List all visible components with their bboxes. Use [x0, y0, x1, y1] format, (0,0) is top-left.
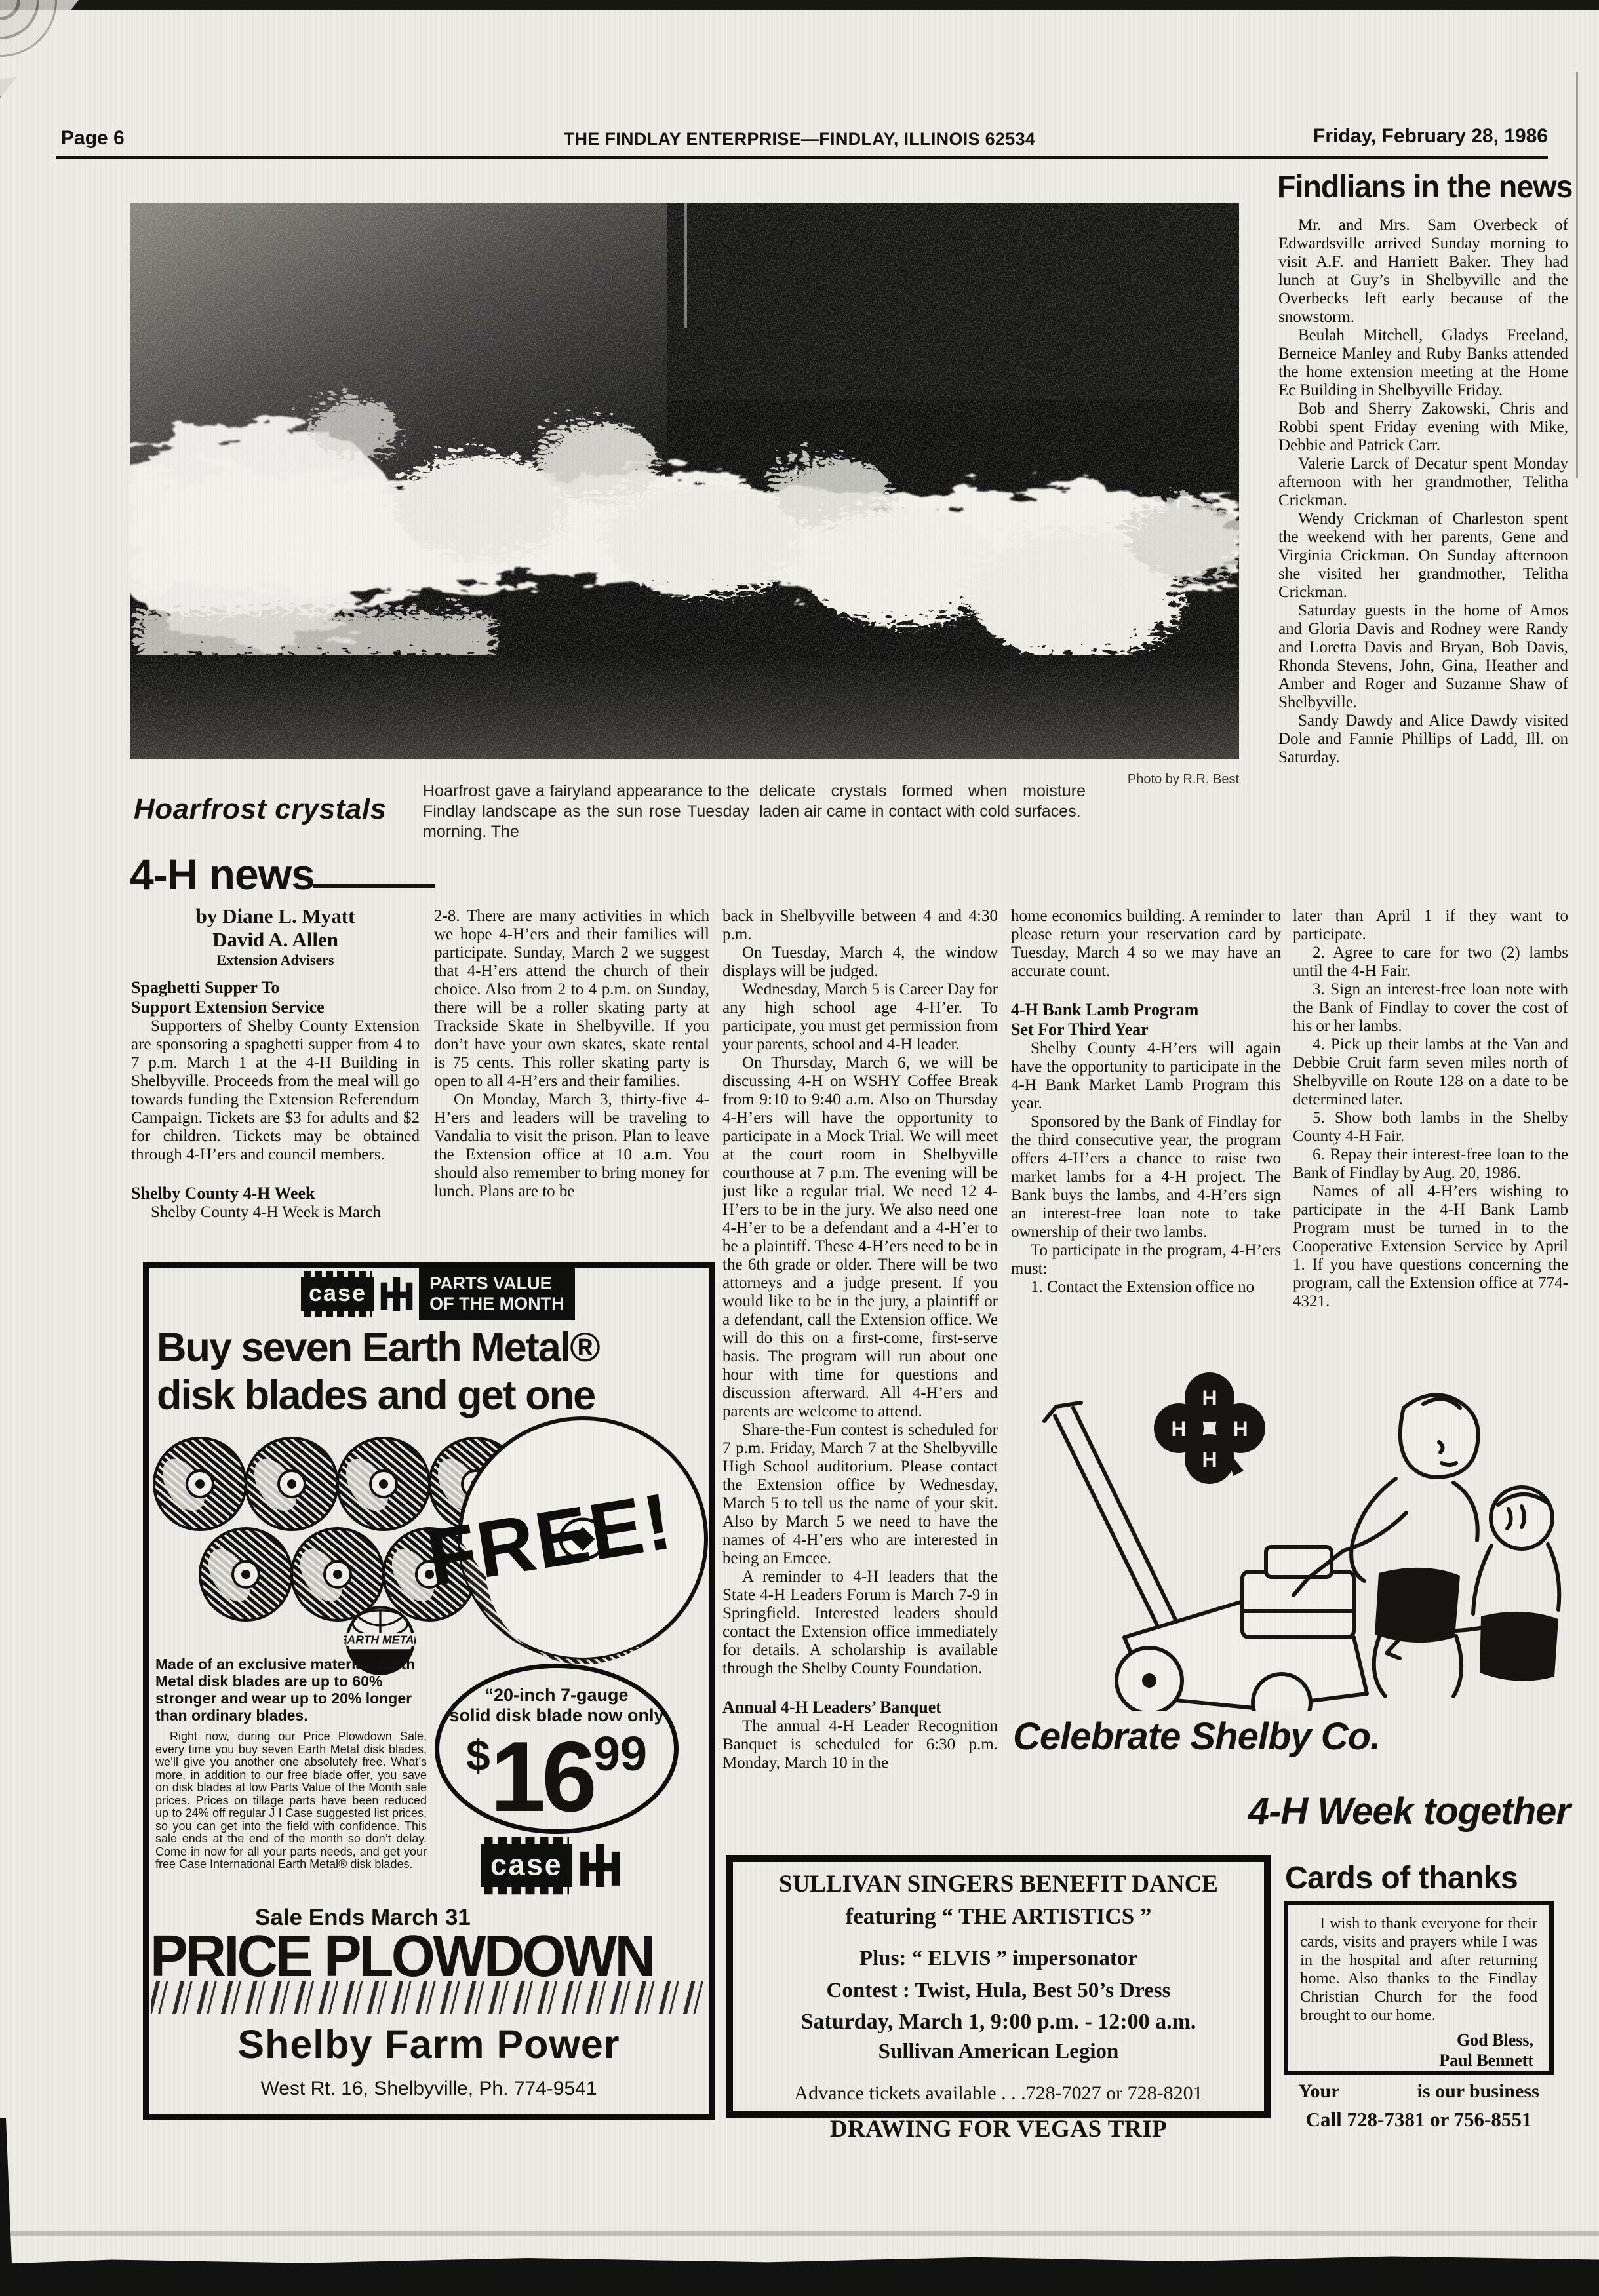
- fourh-column-5-text: later than April 1 if they want to parti…: [1293, 907, 1568, 1311]
- photo-caption-title: Hoarfrost crystals: [134, 793, 387, 826]
- case-ih-logo: case PARTS VALUE OF THE MONTH: [301, 1269, 575, 1319]
- ad-body-paragraph: Right now, during our Price Plowdown Sal…: [155, 1730, 427, 1871]
- ih-mark-icon-bottom: [579, 1844, 622, 1887]
- badge-line-1: PARTS VALUE: [429, 1274, 564, 1294]
- cards-body: I wish to thank everyone for their cards…: [1300, 1915, 1537, 2025]
- paragraph: later than April 1 if they want to parti…: [1293, 907, 1568, 944]
- cards-sign-blessing: God Bless,: [1300, 2030, 1533, 2050]
- tagline-phones: Call 728-7381 or 756-8551: [1284, 2108, 1554, 2131]
- cards-signoff: God Bless, Paul Bennett: [1300, 2030, 1537, 2071]
- paragraph: A reminder to 4-H leaders that the State…: [722, 1568, 998, 1678]
- sullivan-datetime: Saturday, March 1, 9:00 p.m. - 12:00 a.m…: [733, 2010, 1264, 2034]
- paragraph: Shelby County 4-H’ers will again have th…: [1011, 1040, 1281, 1113]
- paragraph: 4. Pick up their lambs at the Van and De…: [1293, 1036, 1568, 1109]
- paragraph: On Thursday, March 6, we will be discuss…: [722, 1054, 998, 1421]
- byline-author-2: David A. Allen: [131, 928, 420, 952]
- paragraph: 2-8. There are many activities in which …: [434, 907, 709, 1091]
- paragraph: back in Shelbyville between 4 and 4:30 p…: [722, 907, 998, 944]
- ad-headline: Buy seven Earth Metal® disk blades and g…: [157, 1324, 705, 1420]
- dealer-address: West Rt. 16, Shelbyville, Ph. 774-9541: [149, 2078, 709, 2100]
- sullivan-tickets: Advance tickets available . . .728-7027 …: [733, 2082, 1264, 2105]
- paragraph: Share-the-Fun contest is scheduled for 7…: [722, 1421, 998, 1568]
- price-cents: 99: [593, 1730, 647, 1778]
- price-intro-1: “20-inch 7-gauge: [439, 1685, 674, 1705]
- svg-text:H: H: [1233, 1417, 1248, 1441]
- earth-metal-logo-text: EARTH METAL: [344, 1633, 416, 1646]
- paragraph: Wednesday, March 5 is Career Day for any…: [722, 981, 998, 1054]
- paragraph: 4-H Bank Lamb Program: [1011, 1000, 1281, 1020]
- price-plowdown-title: PRICE PLOWDOWN: [150, 1927, 685, 1986]
- sullivan-contest: Contest : Twist, Hula, Best 50’s Dress: [733, 1979, 1264, 2003]
- paragraph: On Tuesday, March 4, the window displays…: [722, 944, 998, 981]
- photo-caption-col1: Hoarfrost gave a fairyland appearance to…: [423, 781, 749, 842]
- disk-blades-illustration: FREE!: [149, 1414, 709, 1664]
- fourh-mower-illustration: HH HH: [1013, 1344, 1577, 1711]
- findlians-headline: Findlians in the news: [1277, 169, 1572, 205]
- photo-caption-col2: delicate crystals formed when moisture l…: [759, 781, 1086, 822]
- byline: by Diane L. Myatt David A. Allen Extensi…: [131, 905, 420, 969]
- paragraph: Supporters of Shelby County Extension ar…: [131, 1017, 420, 1164]
- svg-text:H: H: [1171, 1417, 1186, 1441]
- sullivan-elvis: Plus: “ ELVIS ” impersonator: [733, 1947, 1264, 1971]
- paragraph: Valerie Larck of Decatur spent Monday af…: [1278, 455, 1568, 510]
- scan-bottom-streak: [0, 2231, 1599, 2236]
- paragraph: 1. Contact the Extension office no: [1011, 1278, 1281, 1296]
- byline-role: Extension Advisers: [131, 952, 420, 969]
- badge-line-2: OF THE MONTH: [429, 1294, 564, 1314]
- case-logo-text: case: [309, 1279, 366, 1306]
- cards-of-thanks-headline: Cards of thanks: [1285, 1860, 1518, 1896]
- paragraph: home economics building. A reminder to p…: [1011, 907, 1281, 981]
- paragraph: 5. Show both lambs in the Shelby County …: [1293, 1109, 1568, 1146]
- scan-top-edge: [0, 0, 1599, 10]
- cards-of-thanks-box: I wish to thank everyone for their cards…: [1284, 1901, 1554, 2075]
- mower-illustration-art: HH HH: [1013, 1344, 1577, 1711]
- paragraph: The annual 4-H Leader Recognition Banque…: [722, 1717, 998, 1772]
- findlians-body: Mr. and Mrs. Sam Overbeck of Edwardsvill…: [1278, 216, 1568, 767]
- case-ih-logo-bottom: case: [481, 1844, 622, 1887]
- paragraph: Spaghetti Supper To: [131, 978, 420, 998]
- sullivan-drawing: DRAWING FOR VEGAS TRIP: [733, 2115, 1264, 2143]
- sullivan-title: SULLIVAN SINGERS BENEFIT DANCE: [733, 1870, 1264, 1898]
- price-bubble: “20-inch 7-gauge solid disk blade now on…: [435, 1664, 679, 1834]
- header-rule: [56, 156, 1548, 159]
- paragraph: Wendy Crickman of Charleston spent the w…: [1278, 510, 1568, 602]
- paragraph: Bob and Sherry Zakowski, Chris and Robbi…: [1278, 400, 1568, 455]
- paragraph: Beulah Mitchell, Gladys Freeland, Bernei…: [1278, 326, 1568, 400]
- dealer-name: Shelby Farm Power: [149, 2021, 709, 2067]
- celebrate-line-1: Celebrate Shelby Co.: [1013, 1715, 1524, 1759]
- fourh-column-2-text: 2-8. There are many activities in which …: [434, 907, 709, 1201]
- paragraph: 6. Repay their interest-free loan to the…: [1293, 1146, 1568, 1182]
- hoarfrost-photo: [130, 203, 1239, 759]
- scan-page-curl: [0, 0, 79, 98]
- ih-mark-icon: [380, 1277, 414, 1311]
- svg-text:H: H: [1202, 1448, 1217, 1471]
- sullivan-dance-ad: SULLIVAN SINGERS BENEFIT DANCE featuring…: [726, 1855, 1271, 2118]
- price-dollars: 16: [490, 1727, 593, 1827]
- price-value: $ 16 99: [439, 1727, 674, 1827]
- fourh-column-3-text: back in Shelbyville between 4 and 4:30 p…: [722, 907, 998, 1772]
- paragraph: On Monday, March 3, thirty-five 4-H’ers …: [434, 1091, 709, 1201]
- paragraph: 3. Sign an interest-free loan note with …: [1293, 981, 1568, 1036]
- sullivan-featuring: featuring “ THE ARTISTICS ”: [733, 1903, 1264, 1930]
- fourh-column-1: by Diane L. Myatt David A. Allen Extensi…: [131, 905, 420, 1222]
- svg-text:H: H: [1202, 1386, 1217, 1410]
- celebrate-line-2: 4-H Week together: [1013, 1789, 1570, 1833]
- cards-sign-name: Paul Bennett: [1300, 2050, 1533, 2071]
- business-tagline: Your is our business Call 728-7381 or 75…: [1284, 2080, 1554, 2131]
- case-logo-text-bottom: case: [490, 1848, 563, 1881]
- paragraph: Names of all 4-H’ers wishing to particip…: [1293, 1182, 1568, 1311]
- byline-author-1: by Diane L. Myatt: [131, 905, 420, 928]
- paragraph: Shelby County 4-H Week is March: [131, 1203, 420, 1222]
- paragraph: Mr. and Mrs. Sam Overbeck of Edwardsvill…: [1278, 216, 1568, 326]
- scan-bottom-edge: [0, 2255, 1599, 2296]
- tagline-right: is our business: [1417, 2080, 1539, 2103]
- issue-date: Friday, February 28, 1986: [1313, 125, 1548, 147]
- price-dollar-sign: $: [466, 1734, 490, 1777]
- paragraph: 2. Agree to care for two (2) lambs until…: [1293, 944, 1568, 981]
- paragraph: Shelby County 4-H Week: [131, 1184, 420, 1203]
- ad-headline-line-1: Buy seven Earth Metal®: [157, 1324, 705, 1372]
- ad-headline-line-2: disk blades and get one: [157, 1372, 705, 1420]
- fourh-column-1-text: Spaghetti Supper ToSupport Extension Ser…: [131, 978, 420, 1222]
- sullivan-venue: Sullivan American Legion: [733, 2040, 1264, 2064]
- parts-value-badge: PARTS VALUE OF THE MONTH: [419, 1268, 574, 1320]
- paragraph: Set For Third Year: [1011, 1020, 1281, 1040]
- furrow-art: [151, 1981, 705, 2014]
- ad-bold-paragraph: Made of an exclusive material, Earth Met…: [155, 1656, 432, 1724]
- tagline-left: Your: [1298, 2080, 1339, 2103]
- paragraph: Saturday guests in the home of Amos and …: [1278, 602, 1568, 712]
- fourh-headline: 4-H news: [130, 849, 315, 899]
- paragraph: Support Extension Service: [131, 998, 420, 1017]
- paragraph: Sponsored by the Bank of Findlay for the…: [1011, 1113, 1281, 1241]
- newspaper-page: Page 6 THE FINDLAY ENTERPRISE—FINDLAY, I…: [0, 0, 1599, 2296]
- fourh-column-4-text: home economics building. A reminder to p…: [1011, 907, 1281, 1296]
- hoarfrost-photo-art: [130, 203, 1239, 759]
- paragraph: To participate in the program, 4-H’ers m…: [1011, 1241, 1281, 1278]
- fourh-headline-rule: [313, 884, 435, 888]
- case-ad: case PARTS VALUE OF THE MONTH Buy seven …: [143, 1262, 715, 2120]
- paragraph: Annual 4-H Leaders’ Banquet: [722, 1698, 998, 1717]
- paragraph: Sandy Dawdy and Alice Dawdy visited Dole…: [1278, 712, 1568, 767]
